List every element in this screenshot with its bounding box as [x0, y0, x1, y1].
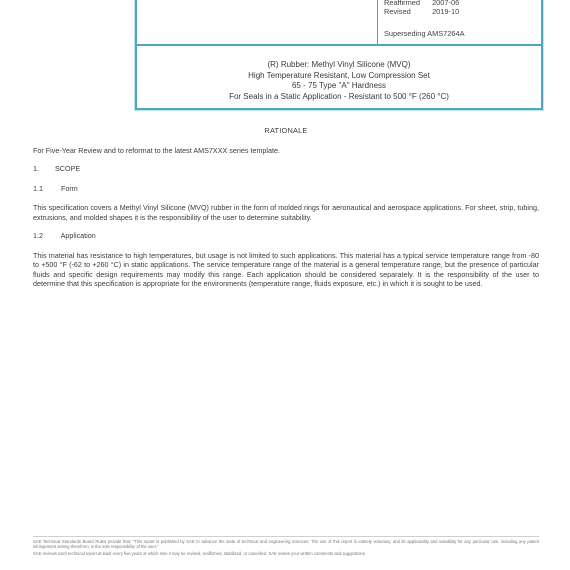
section-form-text: This specification covers a Methyl Vinyl… [33, 203, 539, 222]
section-scope-heading: 1. SCOPE [33, 164, 539, 174]
subsection-title: Application [61, 231, 96, 240]
section-form-heading: 1.1 Form [33, 184, 539, 194]
reaffirmed-row: Reaffirmed 2007-06 [384, 0, 459, 7]
revised-label: Revised [384, 7, 430, 16]
title-line-properties: High Temperature Resistant, Low Compress… [137, 71, 541, 82]
revised-date: 2019-10 [432, 7, 459, 16]
document-header-box: Reaffirmed 2007-06 Revised 2019-10 Super… [135, 0, 543, 110]
section-title: SCOPE [55, 164, 80, 173]
header-top-section: Reaffirmed 2007-06 Revised 2019-10 Super… [137, 0, 541, 46]
revision-info-panel: Reaffirmed 2007-06 Revised 2019-10 Super… [377, 0, 543, 44]
title-line-hardness: 65 - 75 Type "A" Hardness [137, 81, 541, 92]
subsection-number: 1.2 [33, 231, 59, 241]
section-application-heading: 1.2 Application [33, 231, 539, 241]
footer-review-note: SAE reviews each technical report at lea… [33, 551, 539, 556]
subsection-number: 1.1 [33, 184, 59, 194]
reaffirmed-label: Reaffirmed [384, 0, 430, 7]
document-title: (R) Rubber: Methyl Vinyl Silicone (MVQ) … [137, 48, 541, 102]
section-number: 1. [33, 164, 53, 174]
subsection-title: Form [61, 184, 78, 193]
revised-row: Revised 2019-10 [384, 7, 459, 16]
rationale-heading: RATIONALE [33, 126, 539, 136]
title-line-material: (R) Rubber: Methyl Vinyl Silicone (MVQ) [137, 60, 541, 71]
rationale-text: For Five-Year Review and to reformat to … [33, 146, 539, 156]
document-body: RATIONALE For Five-Year Review and to re… [33, 126, 539, 298]
document-footer: SAE Technical Standards Board Rules prov… [33, 536, 539, 558]
section-application-text: This material has resistance to high tem… [33, 251, 539, 289]
reaffirmed-date: 2007-06 [432, 0, 459, 7]
footer-disclaimer: SAE Technical Standards Board Rules prov… [33, 539, 539, 549]
superseding-note: Superseding AMS7264A [384, 29, 465, 38]
title-line-application: For Seals in a Static Application - Resi… [137, 92, 541, 103]
